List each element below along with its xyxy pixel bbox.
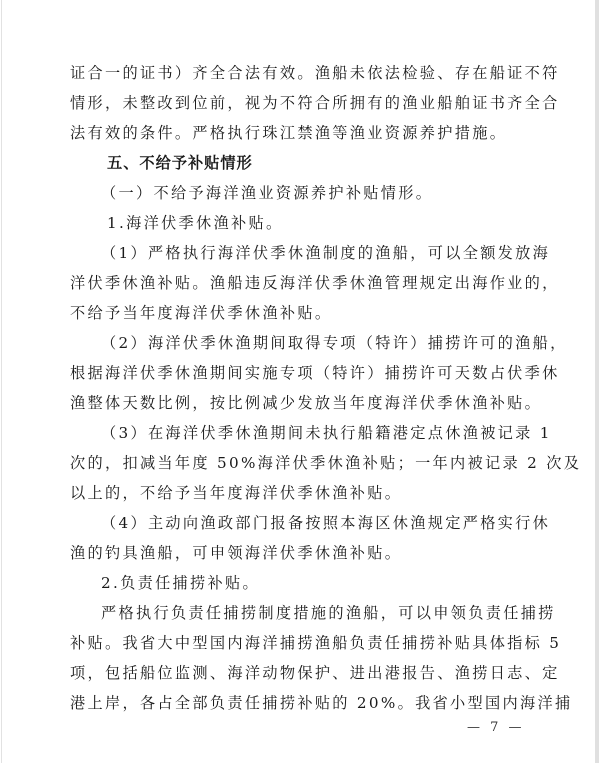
text-line: 洋伏季休渔补贴。渔船违反海洋伏季休渔管理规定出海作业的， — [70, 268, 560, 298]
text-line: 证合一的证书）齐全合法有效。渔船未依法检验、存在船证不符 — [70, 58, 560, 88]
text-line: 以上的，不给予当年度海洋伏季休渔补贴。 — [70, 478, 402, 508]
section-heading: 五、不给予补贴情形 — [107, 148, 253, 178]
text-line: 情形，未整改到位前，视为不符合所拥有的渔业船舶证书齐全合 — [70, 88, 560, 118]
text-line: 根据海洋伏季休渔期间实施专项（特许）捕捞许可天数占伏季休 — [70, 358, 560, 388]
text-line: 渔整体天数比例，按比例减少发放当年度海洋伏季休渔补贴。 — [70, 388, 542, 418]
text-line: （4）主动向渔政部门报备按照本海区休渔规定严格实行休 — [101, 508, 550, 538]
text-line: 次的，扣减当年度 50%海洋伏季休渔补贴；一年内被记录 2 次及 — [70, 448, 581, 478]
item-heading: 2.负责任捕捞补贴。 — [101, 568, 260, 598]
text-line: 严格执行负责任捕捞制度措施的渔船，可以申领负责任捕捞 — [101, 598, 556, 628]
document-page: 证合一的证书）齐全合法有效。渔船未依法检验、存在船证不符 情形，未整改到位前，视… — [1, 0, 596, 763]
subsection-heading: （一）不给予海洋渔业资源养护补贴情形。 — [101, 178, 433, 208]
text-line: 法有效的条件。严格执行珠江禁渔等渔业资源养护措施。 — [70, 118, 507, 148]
page-number: — 7 — — [467, 720, 525, 735]
text-line: 渔的钓具渔船，可申领海洋伏季休渔补贴。 — [70, 538, 402, 568]
text-line: （1）严格执行海洋伏季休渔制度的渔船，可以全额发放海 — [101, 238, 550, 268]
text-line: 项，包括船位监测、海洋动物保护、进出港报告、渔捞日志、定 — [70, 658, 560, 688]
text-line: （2）海洋伏季休渔期间取得专项（特许）捕捞许可的渔船， — [101, 328, 568, 358]
text-line: 港上岸，各占全部负责任捕捞补贴的 20%。我省小型国内海洋捕 — [70, 688, 572, 718]
viewer-gutter — [595, 0, 599, 763]
text-line: 补贴。我省大中型国内海洋捕捞渔船负责任捕捞补贴具体指标 5 — [70, 628, 561, 658]
text-line: 不给予当年度海洋伏季休渔补贴。 — [70, 298, 332, 328]
item-heading: 1.海洋伏季休渔补贴。 — [107, 208, 283, 238]
text-line: （3）在海洋伏季休渔期间未执行船籍港定点休渔被记录 1 — [101, 418, 552, 448]
